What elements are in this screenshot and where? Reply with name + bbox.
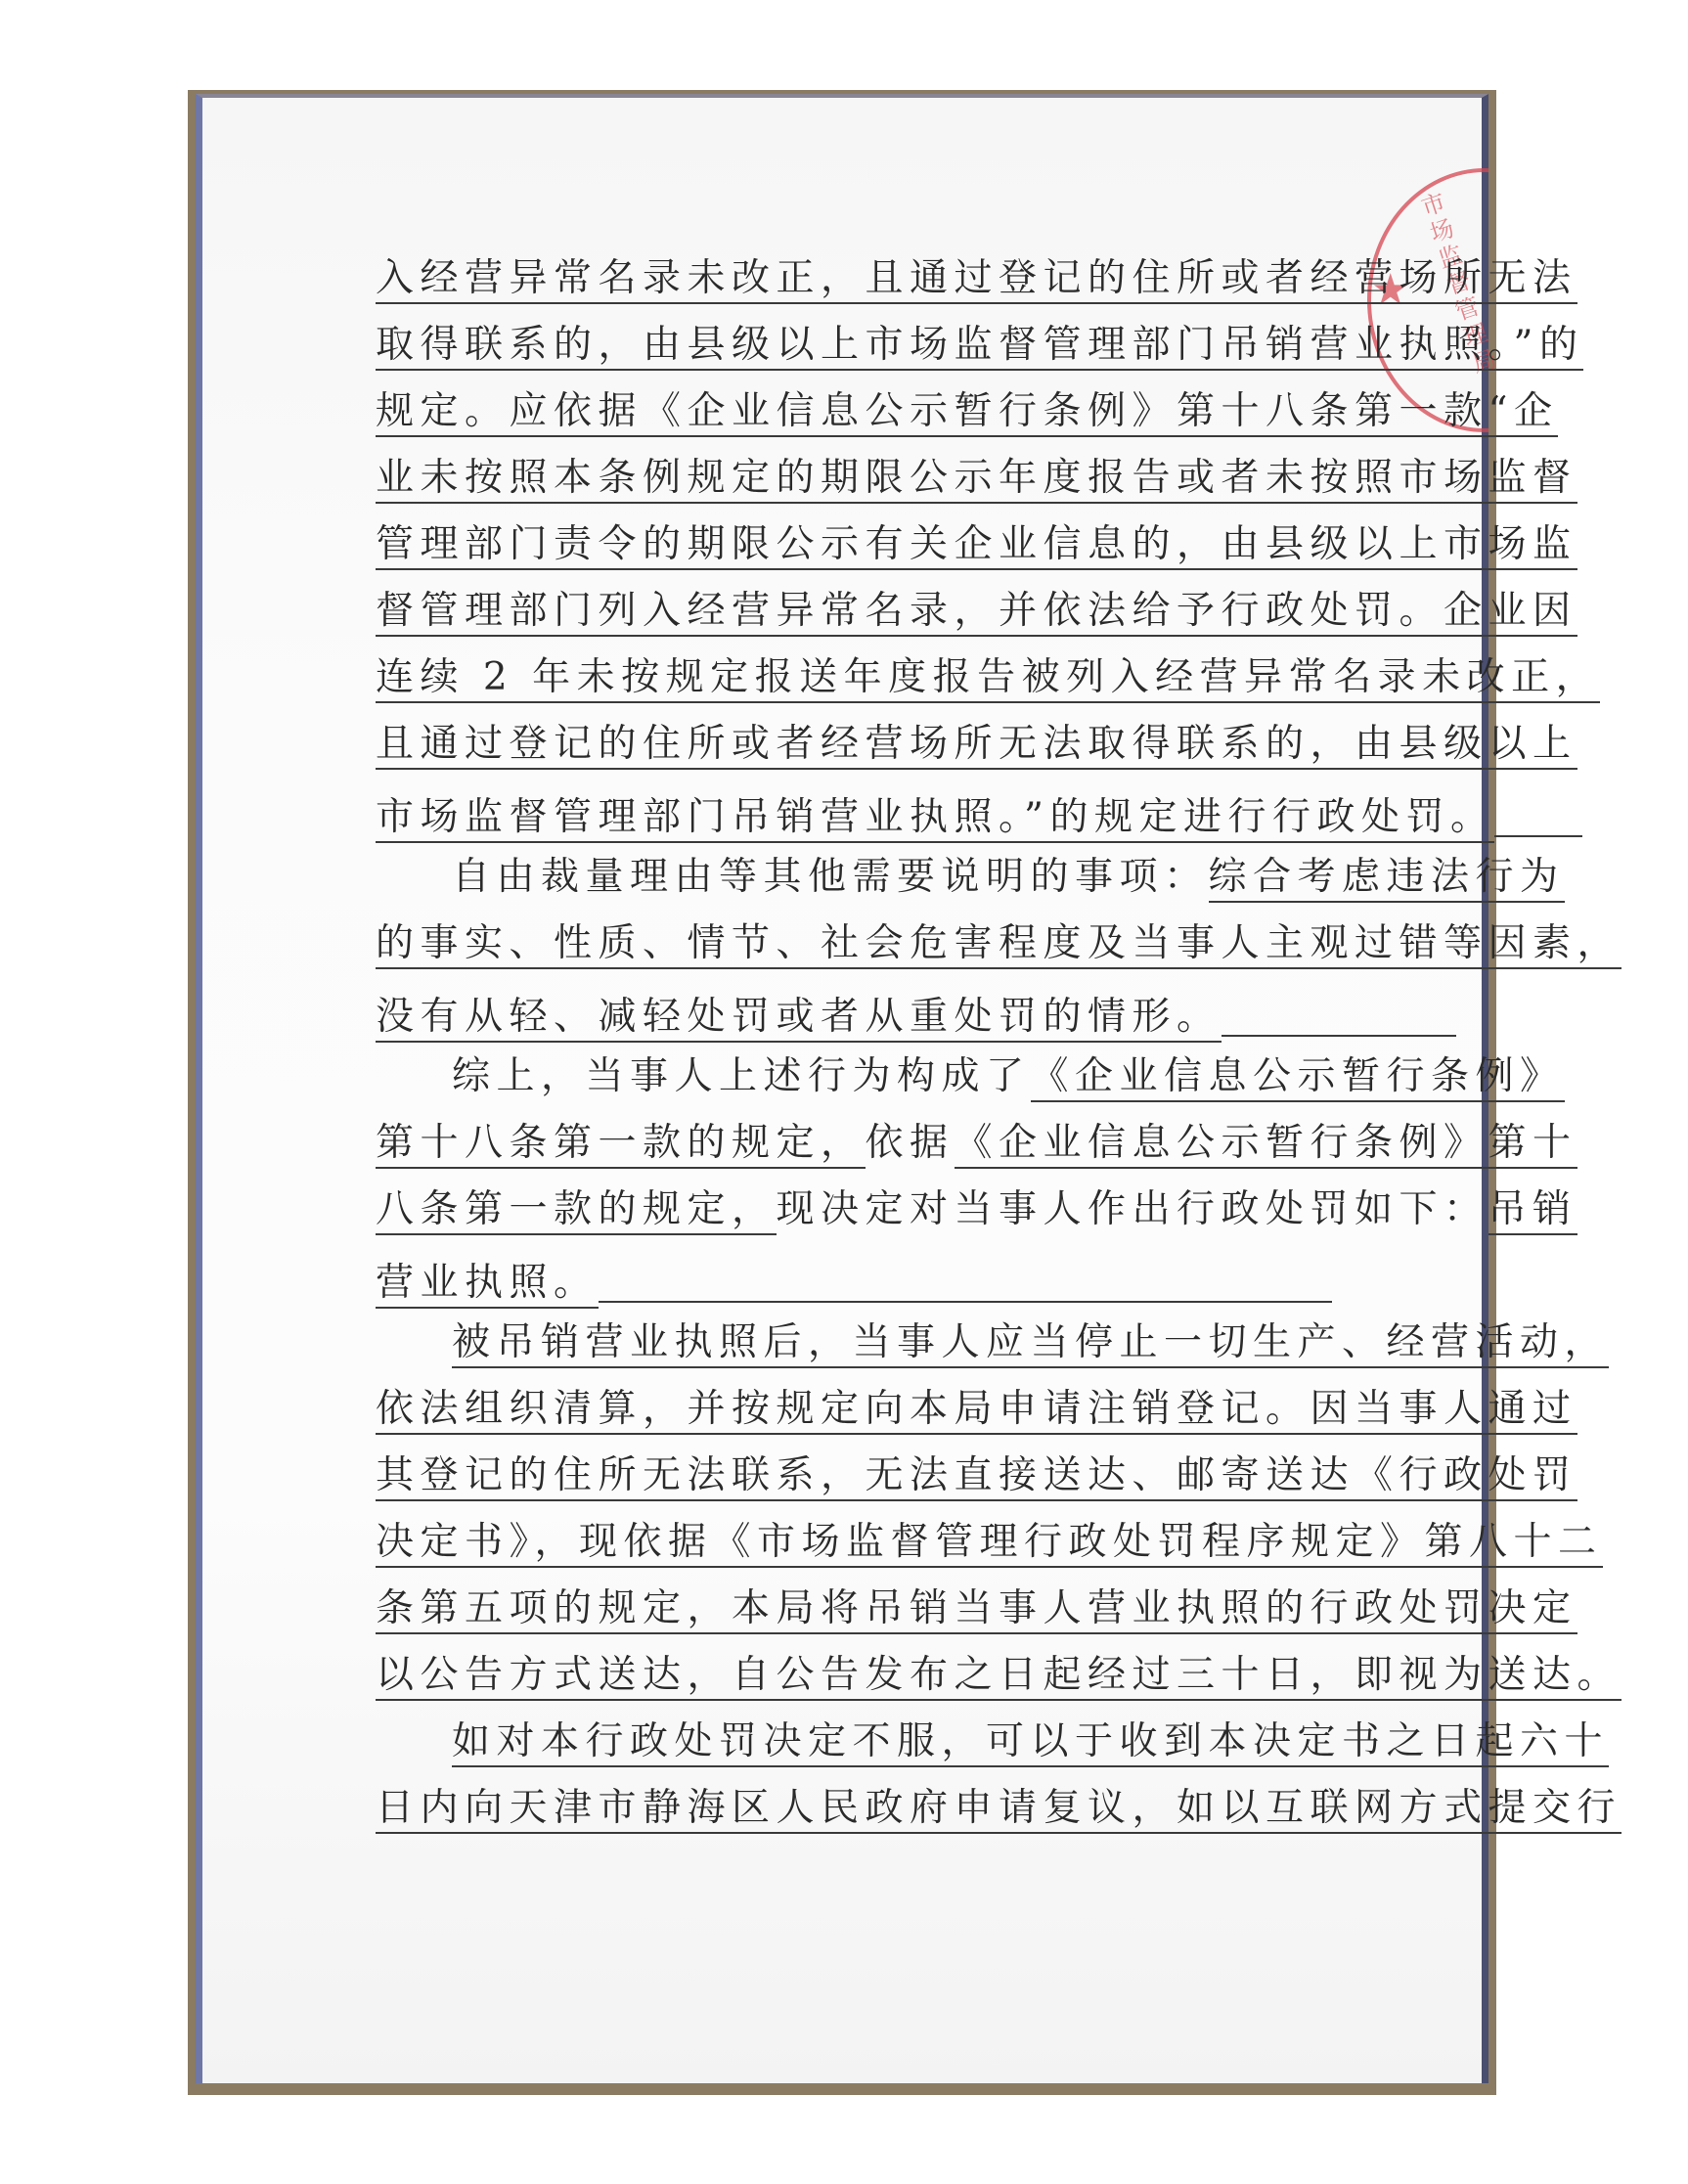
text-line: 营业执照。: [376, 1250, 1334, 1316]
text-line: 管理部门责令的期限公示有关企业信息的，由县级以上市场监: [376, 518, 1334, 585]
text-line: 业未按照本条例规定的期限公示年度报告或者未按照市场监督: [376, 452, 1334, 518]
text-line: 没有从轻、减轻处罚或者从重处罚的情形。: [376, 984, 1334, 1050]
text-line: 督管理部门列入经营异常名录，并依法给予行政处罚。企业因: [376, 585, 1334, 651]
text-line: 取得联系的，由县级以上市场监督管理部门吊销营业执照。”的: [376, 319, 1334, 385]
underlined-text: 其登记的住所无法联系，无法直接送达、邮寄送达《行政处罚: [376, 1453, 1577, 1501]
underlined-text: 《企业信息公示暂行条例》: [1031, 1054, 1565, 1102]
text-line: 第十八条第一款的规定，依据《企业信息公示暂行条例》第十: [376, 1117, 1334, 1183]
document-body-text: 入经营异常名录未改正，且通过登记的住所或者经营场所无法取得联系的，由县级以上市场…: [376, 252, 1334, 1849]
underlined-text: 营业执照。: [376, 1261, 599, 1309]
underlined-text: 吊销: [1488, 1187, 1577, 1235]
plain-text: 自由裁量理由等其他需要说明的事项：: [452, 855, 1209, 899]
underlined-text: 规定。应依据《企业信息公示暂行条例》第十八条第一款“企: [376, 389, 1558, 437]
plain-text: 依据: [866, 1121, 955, 1165]
text-line: 以公告方式送达，自公告发布之日起经过三十日，即视为送达。: [376, 1649, 1334, 1716]
underlined-text: 日内向天津市静海区人民政府申请复议，如以互联网方式提交行: [376, 1786, 1621, 1834]
underlined-text: 以公告方式送达，自公告发布之日起经过三十日，即视为送达。: [376, 1653, 1621, 1701]
underlined-text: 入经营异常名录未改正，且通过登记的住所或者经营场所无法: [376, 256, 1577, 304]
underlined-text: 《企业信息公示暂行条例》第十: [955, 1121, 1577, 1169]
text-line: 自由裁量理由等其他需要说明的事项：综合考虑违法行为: [376, 851, 1334, 917]
underlined-text: 取得联系的，由县级以上市场监督管理部门吊销营业执照。”的: [376, 323, 1583, 371]
text-line: 规定。应依据《企业信息公示暂行条例》第十八条第一款“企: [376, 385, 1334, 452]
blank-underline: [1222, 992, 1456, 1037]
underlined-text: 条第五项的规定，本局将吊销当事人营业执照的行政处罚决定: [376, 1586, 1577, 1634]
text-line: 条第五项的规定，本局将吊销当事人营业执照的行政处罚决定: [376, 1582, 1334, 1649]
text-line: 如对本行政处罚决定不服，可以于收到本决定书之日起六十: [376, 1716, 1334, 1782]
text-line: 连续 2 年未按规定报送年度报告被列入经营异常名录未改正，: [376, 651, 1334, 718]
text-line: 且通过登记的住所或者经营场所无法取得联系的，由县级以上: [376, 718, 1334, 784]
underlined-text: 综合考虑违法行为: [1209, 855, 1565, 903]
underlined-text: 且通过登记的住所或者经营场所无法取得联系的，由县级以上: [376, 722, 1577, 770]
underlined-text: 业未按照本条例规定的期限公示年度报告或者未按照市场监督: [376, 456, 1577, 504]
underlined-text: 如对本行政处罚决定不服，可以于收到本决定书之日起六十: [452, 1719, 1609, 1767]
underlined-text: 连续 2 年未按规定报送年度报告被列入经营异常名录未改正，: [376, 655, 1600, 703]
text-line: 综上，当事人上述行为构成了《企业信息公示暂行条例》: [376, 1050, 1334, 1117]
text-line: 被吊销营业执照后，当事人应当停止一切生产、经营活动，: [376, 1316, 1334, 1383]
blank-underline: [599, 1258, 1332, 1303]
text-line: 八条第一款的规定，现决定对当事人作出行政处罚如下：吊销: [376, 1183, 1334, 1250]
underlined-text: 决定书》，现依据《市场监督管理行政处罚程序规定》第八十二: [376, 1520, 1603, 1568]
text-line: 其登记的住所无法联系，无法直接送达、邮寄送达《行政处罚: [376, 1449, 1334, 1516]
text-line: 市场监督管理部门吊销营业执照。”的规定进行行政处罚。: [376, 784, 1334, 851]
underlined-text: 被吊销营业执照后，当事人应当停止一切生产、经营活动，: [452, 1320, 1609, 1368]
blank-underline: [1494, 792, 1582, 837]
underlined-text: 第十八条第一款的规定，: [376, 1121, 866, 1169]
text-line: 的事实、性质、情节、社会危害程度及当事人主观过错等因素，: [376, 917, 1334, 984]
underlined-text: 市场监督管理部门吊销营业执照。”的规定进行行政处罚。: [376, 795, 1494, 843]
underlined-text: 八条第一款的规定，: [376, 1187, 777, 1235]
plain-text: 现决定对当事人作出行政处罚如下：: [777, 1187, 1488, 1231]
underlined-text: 督管理部门列入经营异常名录，并依法给予行政处罚。企业因: [376, 589, 1577, 637]
underlined-text: 依法组织清算，并按规定向本局申请注销登记。因当事人通过: [376, 1387, 1577, 1435]
text-line: 入经营异常名录未改正，且通过登记的住所或者经营场所无法: [376, 252, 1334, 319]
text-line: 日内向天津市静海区人民政府申请复议，如以互联网方式提交行: [376, 1782, 1334, 1849]
underlined-text: 的事实、性质、情节、社会危害程度及当事人主观过错等因素，: [376, 921, 1621, 969]
underlined-text: 没有从轻、减轻处罚或者从重处罚的情形。: [376, 995, 1222, 1043]
plain-text: 综上，当事人上述行为构成了: [452, 1054, 1031, 1098]
underlined-text: 管理部门责令的期限公示有关企业信息的，由县级以上市场监: [376, 522, 1577, 570]
text-line: 依法组织清算，并按规定向本局申请注销登记。因当事人通过: [376, 1383, 1334, 1449]
text-line: 决定书》，现依据《市场监督管理行政处罚程序规定》第八十二: [376, 1516, 1334, 1582]
